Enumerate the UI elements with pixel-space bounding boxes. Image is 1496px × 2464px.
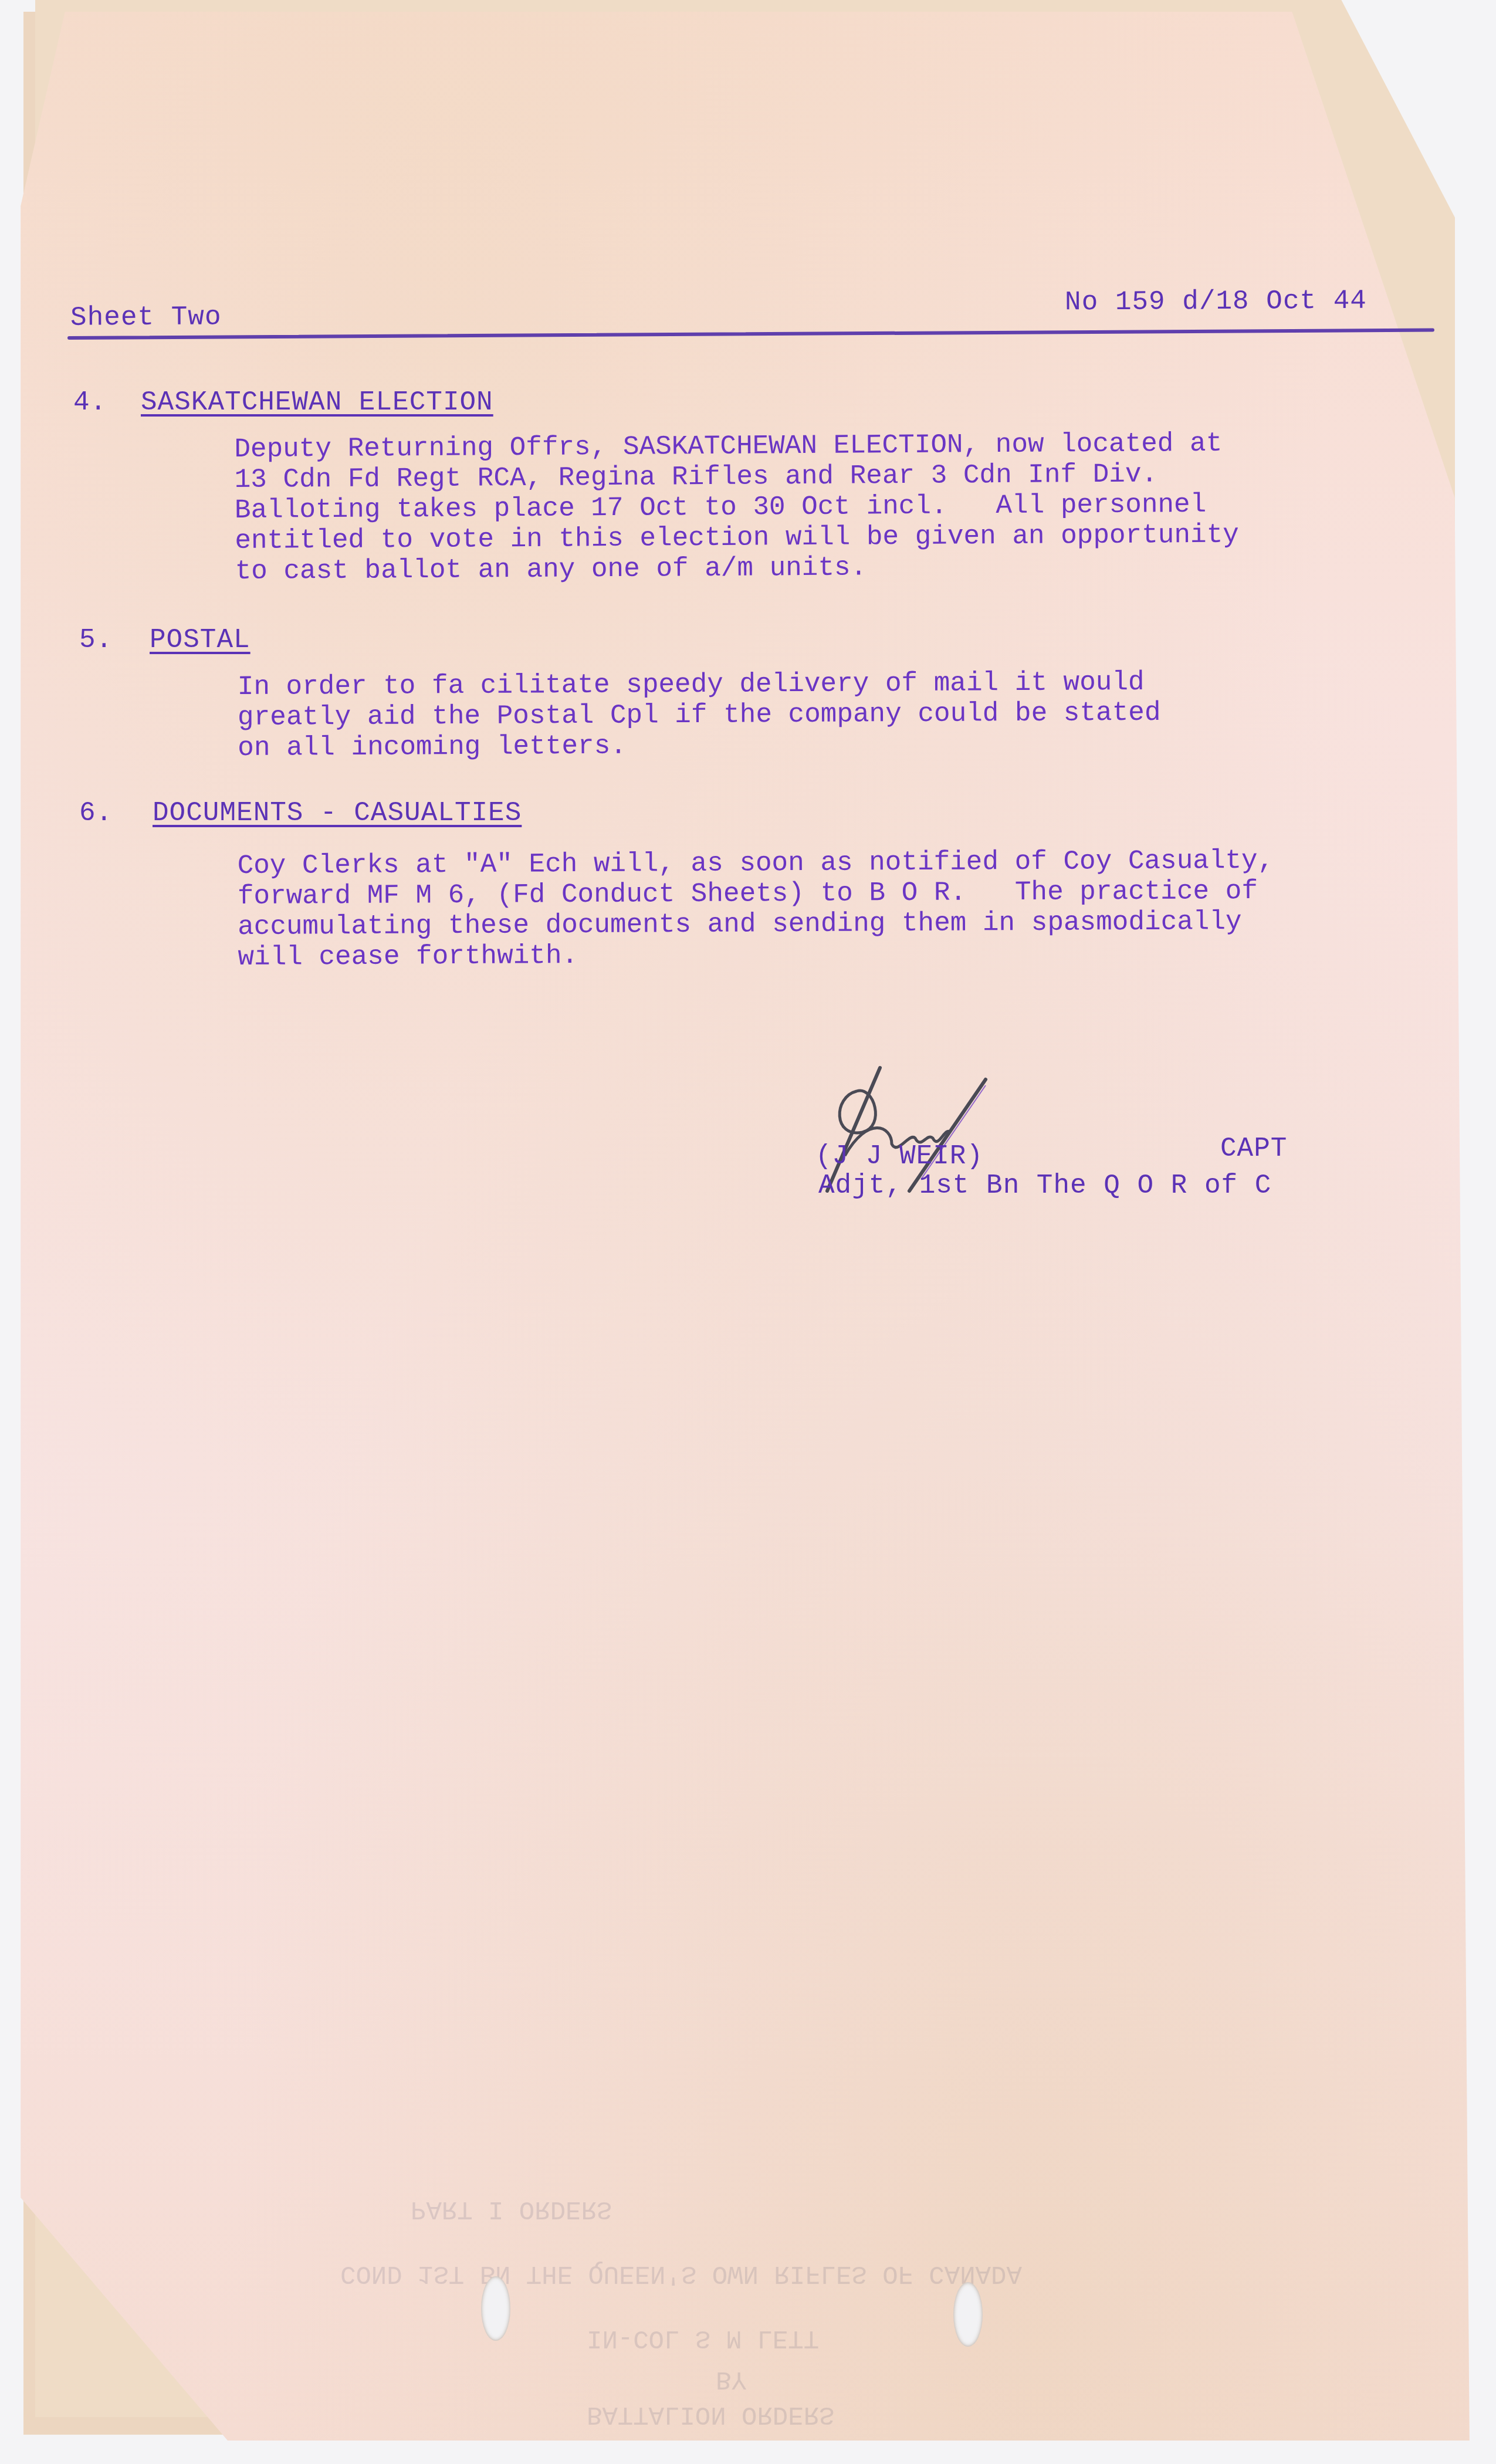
section-title: DOCUMENTS - CASUALTIES — [153, 798, 522, 828]
section-number: 4. — [73, 387, 107, 418]
punch-hole — [481, 2276, 510, 2341]
signatory-rank: CAPT — [1220, 1133, 1287, 1164]
body-line: Coy Clerks at "A" Ech will, as soon as n… — [237, 845, 1274, 881]
body-line: In order to fa cilitate speedy delivery … — [238, 667, 1161, 702]
section-title: SASKATCHEWAN ELECTION — [141, 387, 493, 418]
section-number: 5. — [79, 625, 113, 655]
bleed-through-text: BATTALION ORDERS — [587, 2399, 834, 2429]
signatory-name: (J J WEIR) — [815, 1141, 983, 1172]
body-line: will cease forthwith. — [238, 937, 1274, 973]
body-line: to cast ballot an any one of a/m units. — [235, 550, 1239, 587]
sheet-label: Sheet Two — [70, 302, 222, 333]
bleed-through-text: IN-COL S M LETT — [587, 2323, 819, 2353]
bleed-through-text: BY — [716, 2364, 747, 2394]
section-body: In order to fa cilitate speedy delivery … — [238, 667, 1161, 763]
body-line: greatly aid the Postal Cpl if the compan… — [238, 698, 1161, 733]
document-page — [6, 12, 1484, 2441]
section-body: Coy Clerks at "A" Ech will, as soon as n… — [237, 845, 1274, 973]
body-line: on all incoming letters. — [238, 728, 1161, 763]
signatory-appointment: Adjt, 1st Bn The Q O R of C — [818, 1170, 1271, 1201]
bleed-through-text: COND 1ST BN THE QUEEN'S OWN RIFLES OF CA… — [340, 2259, 1022, 2288]
section-number: 6. — [79, 798, 113, 828]
section-body: Deputy Returning Offrs, SASKATCHEWAN ELE… — [234, 428, 1239, 587]
body-line: accumulating these documents and sending… — [238, 906, 1274, 942]
order-reference: No 159 d/18 Oct 44 — [1065, 286, 1367, 318]
bleed-through-text: PART I ORDERS — [411, 2194, 612, 2223]
punch-hole — [953, 2282, 983, 2347]
body-line: forward MF M 6, (Fd Conduct Sheets) to B… — [238, 876, 1274, 912]
section-title: POSTAL — [150, 625, 251, 655]
